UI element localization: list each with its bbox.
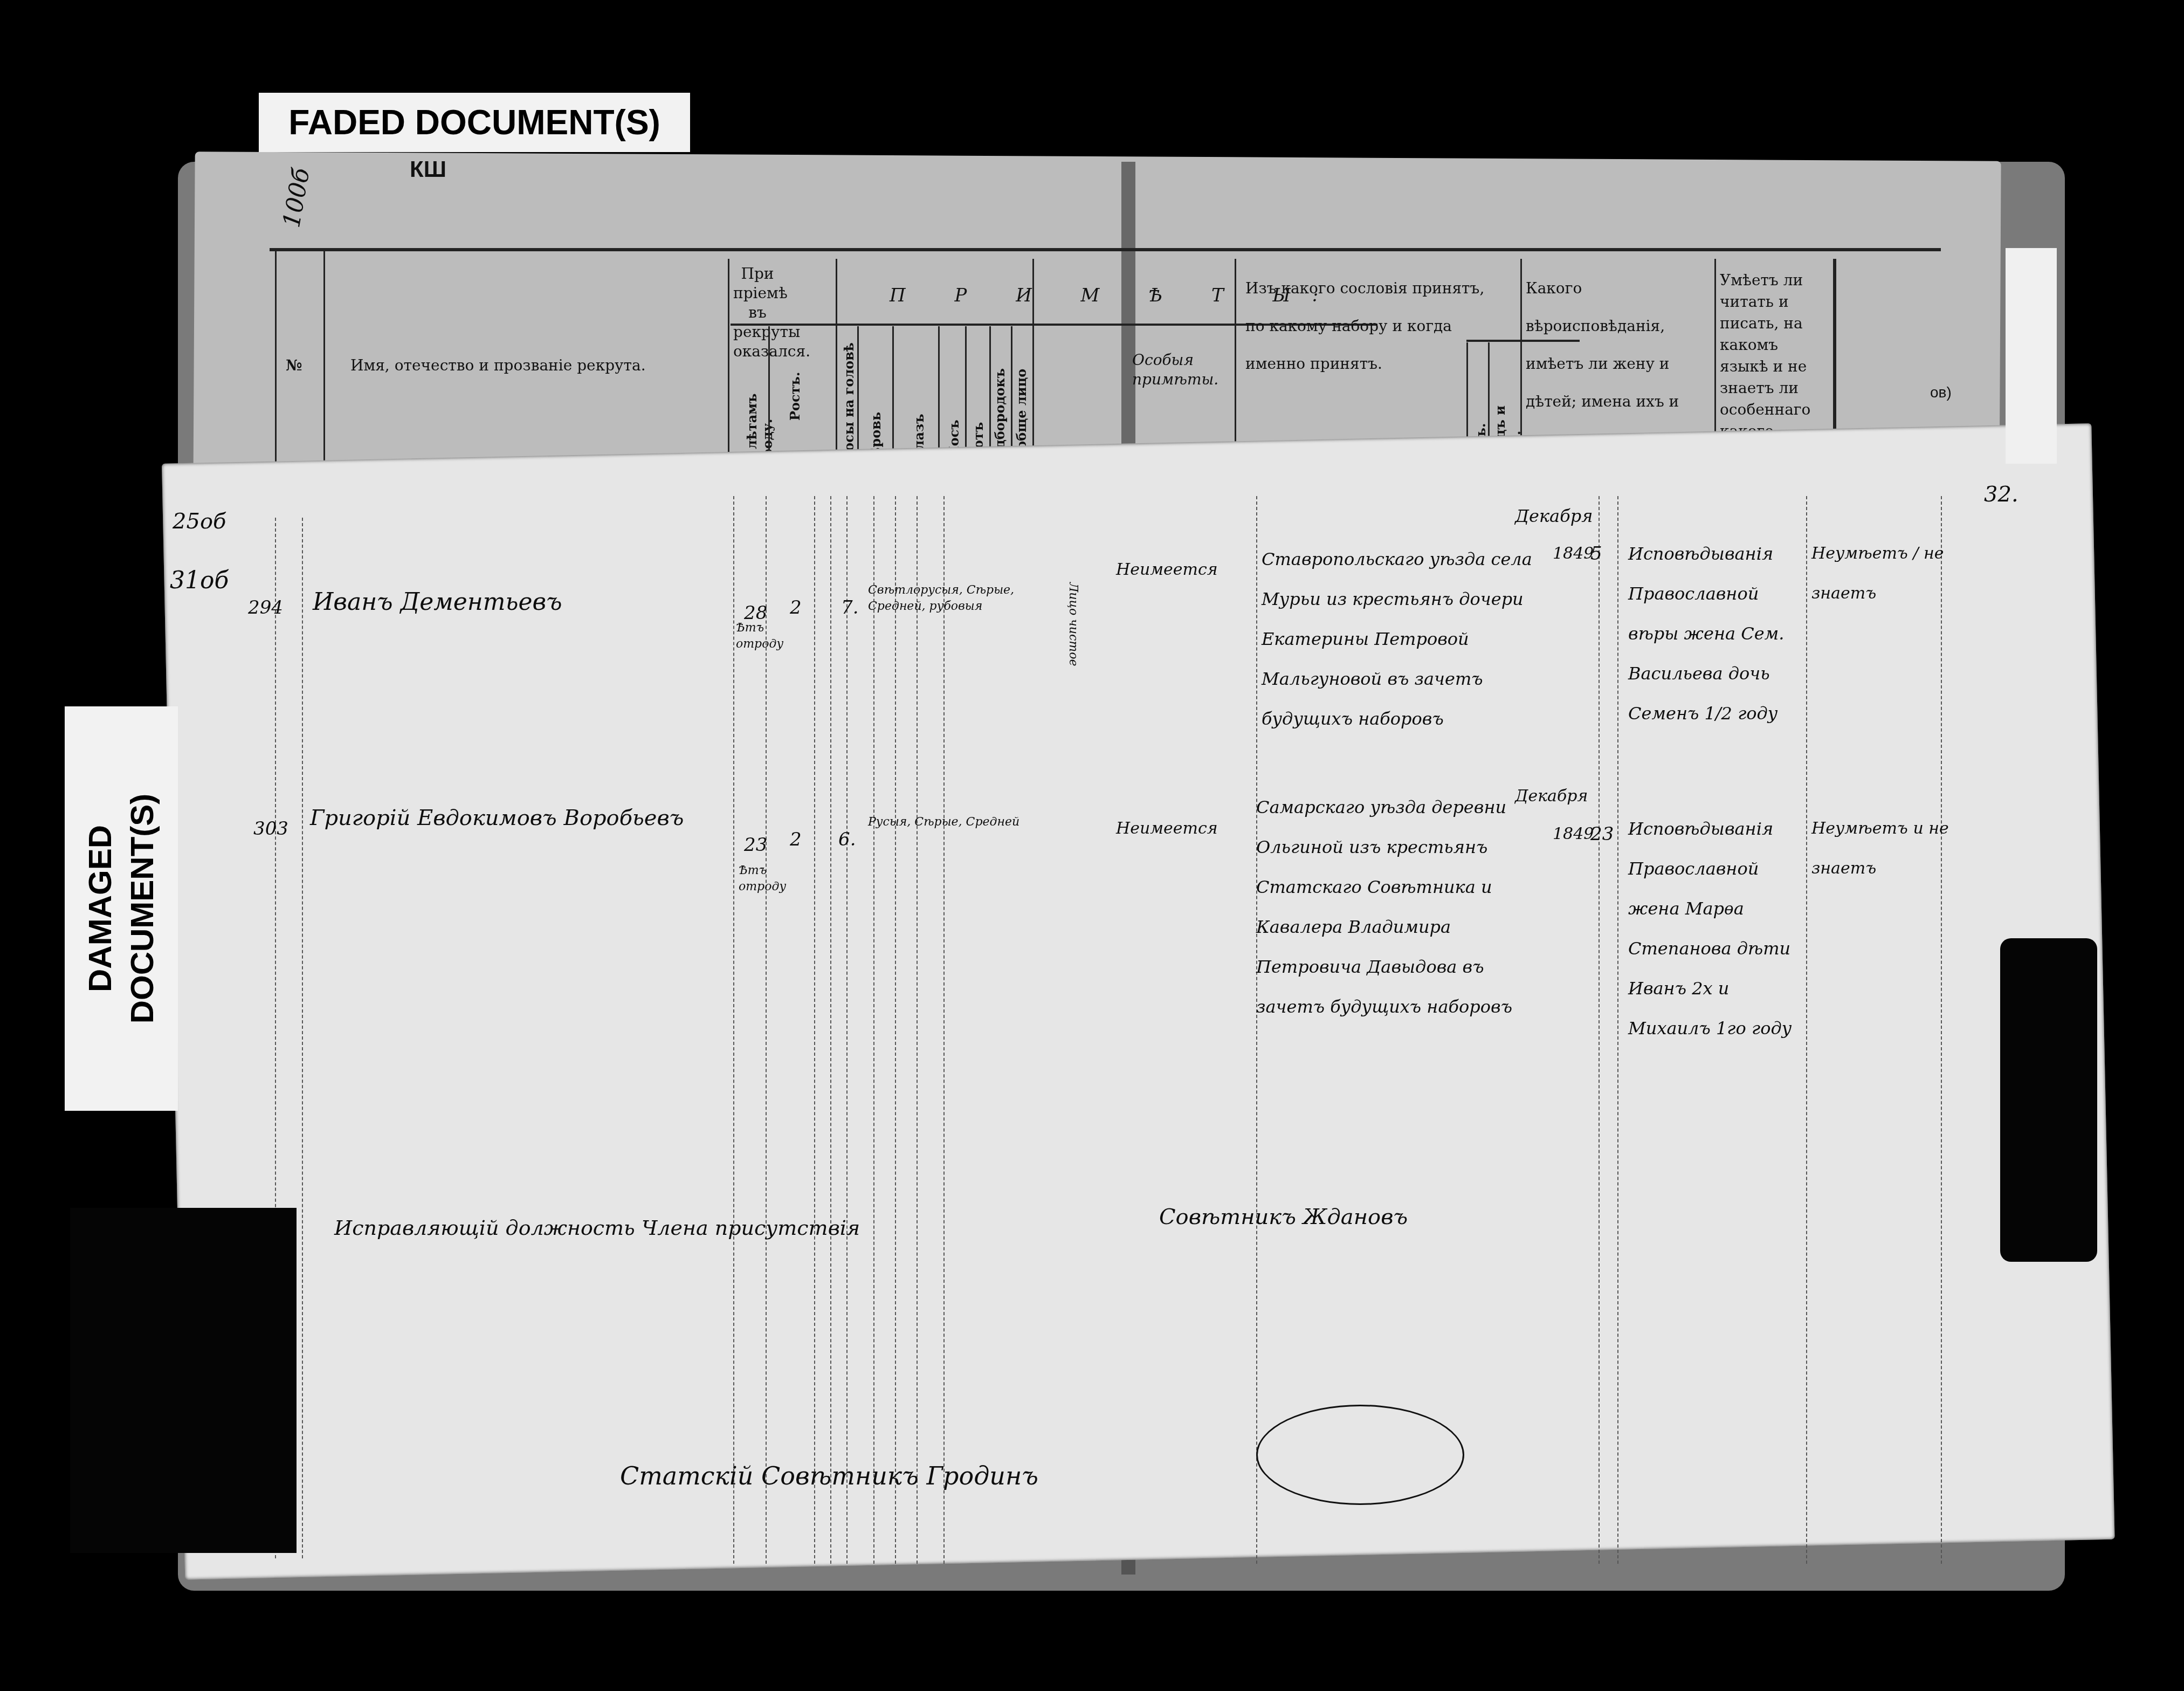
year: 1849 (1553, 814, 1594, 854)
edge-fragment: ов) (1930, 383, 1952, 402)
header-height: Ростъ. (787, 334, 803, 421)
header-special: Особыя примѣты. (1132, 350, 1224, 389)
binding-clip-left (70, 1208, 297, 1553)
header-top-rule (270, 248, 1941, 251)
col-divider (275, 248, 277, 485)
faded-document-label: FADED DOCUMENT(S) (259, 93, 690, 152)
recruit-age: 23 (744, 825, 767, 865)
col-line (1941, 496, 1942, 1564)
height-versh: 6. (838, 820, 856, 860)
literacy: Неумѣетъ и не знаетъ (1811, 809, 1989, 889)
height-versh: 7. (841, 588, 858, 628)
year: 1849 (1553, 534, 1594, 574)
age-note: Ѣтъ отроду (736, 620, 766, 652)
faded-label-text: FADED DOCUMENT(S) (288, 102, 660, 142)
header-religion: Какого вѣроисповѣданiя, имѣетъ ли жену и… (1526, 270, 1704, 458)
damaged-document-label: DAMAGED DOCUMENT(S) (65, 706, 178, 1111)
col-line (1256, 496, 1257, 1564)
special-marks: Неимеется (1116, 809, 1218, 849)
signature-flourish-circle (1256, 1405, 1464, 1505)
col-line (733, 496, 734, 1564)
damaged-label-line2: DOCUMENT(S) (121, 794, 163, 1024)
header-brows: Бровь (868, 334, 884, 458)
side-tab (2006, 248, 2057, 464)
damaged-label-line1: DAMAGED (79, 794, 121, 1024)
height-arsh: 2 (790, 588, 802, 628)
special-marks: Неимеется (1116, 550, 1218, 590)
folio-mark-25: 25об (173, 501, 226, 541)
day: 5 (1590, 534, 1602, 574)
binding-clip-right (2000, 938, 2097, 1262)
header-mouth: Ротъ (970, 334, 986, 458)
signature-line-2: Статскiй Совѣтникъ Гродинъ (620, 1456, 1038, 1496)
height-arsh: 2 (790, 820, 802, 860)
col-line (766, 496, 767, 1564)
col-line (830, 496, 831, 1564)
folio-mark-31: 31об (170, 561, 229, 601)
col-line (895, 496, 896, 1564)
page-number: 32. (1984, 475, 2018, 514)
day: 23 (1590, 814, 1614, 854)
recruit-name: Иванъ Дементьевъ (313, 582, 562, 622)
col-line (302, 518, 303, 1558)
header-name: Имя, отечество и прозванiе рекрута. (350, 356, 646, 375)
col-line (917, 496, 918, 1564)
row-number: 303 (253, 809, 288, 849)
col-line (873, 496, 874, 1564)
estate-origin: Самарскаго уѣзда деревни Ольгиной изъ кр… (1256, 787, 1547, 1027)
face-note: Лицо чистое (1065, 582, 1081, 666)
estate-origin: Ставропольскаго уѣзда села Мурьи из крес… (1262, 539, 1553, 739)
signature-line-1-right: Совѣтникъ Ждановъ (1159, 1197, 1408, 1237)
col-line (1617, 496, 1618, 1564)
header-number: № (286, 356, 302, 375)
header-eyes: Глазъ (911, 334, 927, 458)
physical-features: Русыя, Сѣрые, Средней (868, 814, 1046, 830)
age-note: Ѣтъ отроду (739, 863, 768, 895)
col-line (846, 496, 848, 1564)
signature-line-1-left: Исправляющiй должность Члена присутствiя (334, 1208, 860, 1248)
month: Декабря (1515, 496, 1593, 536)
religion-family: Исповѣдыванія Православной вѣры жена Сем… (1628, 534, 1801, 733)
religion-family: Исповѣдыванія Православной жена Марѳа Ст… (1628, 809, 1801, 1048)
col-line (814, 496, 815, 1564)
recruit-name: Григорiй Евдокимовъ Воробьевъ (310, 798, 741, 838)
row-number: 294 (248, 588, 283, 628)
col-line (1599, 496, 1600, 1564)
col-divider (323, 248, 325, 485)
literacy: Неумѣетъ / не знаетъ (1811, 534, 1989, 614)
faded-peek-text: КШ (410, 156, 446, 182)
header-nose: Носъ (946, 334, 962, 458)
physical-features: Свѣтлорусыя, Сѣрые, Средней, рубовыя (868, 582, 1046, 615)
damaged-label-text: DAMAGED DOCUMENT(S) (79, 794, 163, 1024)
month: Декабря (1515, 776, 1588, 816)
col-line (1806, 496, 1807, 1564)
col-line (943, 496, 945, 1564)
header-estate: Изъ какого сословiя принятъ, по какому н… (1245, 270, 1504, 383)
